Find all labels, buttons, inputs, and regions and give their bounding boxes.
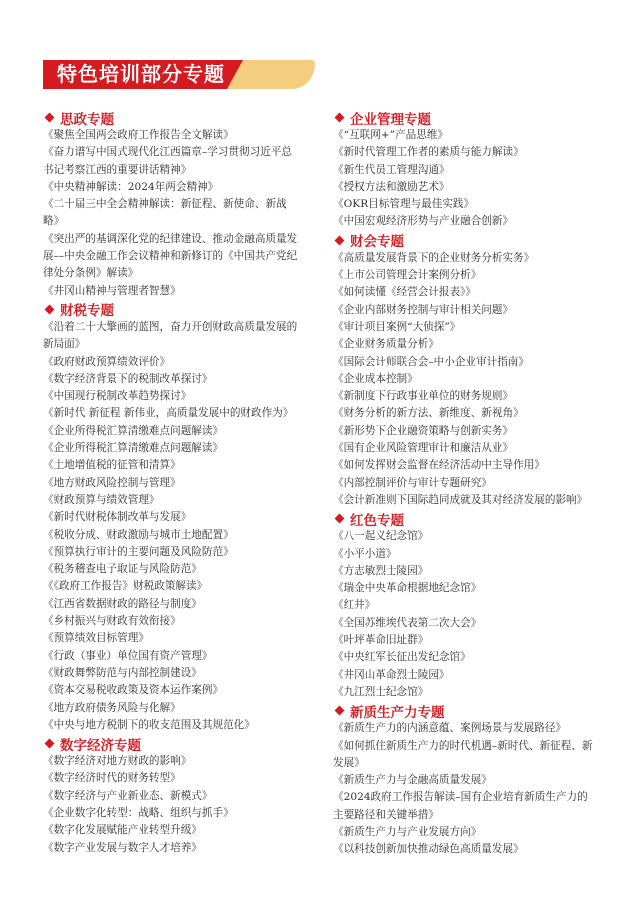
section-new-productivity: 新质生产力专题 《新质生产力的内涵意蕴、案例场景与发展路径》 《如何抓住新质生产… xyxy=(333,701,598,858)
section-header: 思政专题 xyxy=(43,108,311,127)
list-item: 《瑞金中央革命根据地纪念馆》 xyxy=(333,580,595,597)
list-item: 《高质量发展背景下的企业财务分析实务》 xyxy=(333,250,595,267)
list-item: 《新质生产力与产业发展方向》 xyxy=(333,824,595,841)
list-item: 《“互联网+”产品思维》 xyxy=(333,127,595,144)
list-item: 《中央红军长征出发纪念馆》 xyxy=(333,649,595,666)
diamond-bullet-icon xyxy=(45,113,55,123)
list-item: 《企业财务质量分析》 xyxy=(333,336,595,353)
list-item: 《预算执行审计的主要问题及风险防范》 xyxy=(43,544,301,561)
list-item: 《新形势下企业融资策略与创新实务》 xyxy=(333,423,595,440)
list-item: 《《政府工作报告》财税政策解读》 xyxy=(43,578,301,595)
page-title: 特色培训部分专题 xyxy=(57,62,225,87)
section-red-history: 红色专题 《八一起义纪念馆》 《小平小道》 《方志敏烈士陵园》 《瑞金中央革命根… xyxy=(333,509,598,701)
section-caishui: 财税专题 《沿着二十大擎画的蓝图，奋力开创财政高质量发展的新局面》 《政府财政预… xyxy=(43,300,311,734)
list-item: 《新质生产力与金融高质量发展》 xyxy=(333,772,595,789)
list-item: 《企业内部财务控制与审计相关问题》 xyxy=(333,302,595,319)
list-item: 《数字经济对地方财政的影响》 xyxy=(43,753,301,770)
list-item: 《中央精神解读：2024年两会精神》 xyxy=(43,179,301,196)
list-item: 《八一起义纪念馆》 xyxy=(333,528,595,545)
left-column: 思政专题 《聚焦全国两会政府工作报告全文解读》 《奋力谱写中国式现代化江西篇章–… xyxy=(43,108,311,857)
section-header: 红色专题 xyxy=(333,509,598,528)
diamond-bullet-icon xyxy=(335,113,345,123)
list-item: 《新质生产力的内涵意蕴、案例场景与发展路径》 xyxy=(333,720,595,737)
section-title: 财税专题 xyxy=(60,299,114,319)
diamond-bullet-icon xyxy=(335,706,345,716)
list-item: 《财务分析的新方法、新维度、新视角》 xyxy=(333,405,595,422)
section-sizheng: 思政专题 《聚焦全国两会政府工作报告全文解读》 《奋力谱写中国式现代化江西篇章–… xyxy=(43,108,311,300)
list-item: 《井冈山精神与管理者智慧》 xyxy=(43,283,301,300)
list-item: 《审计项目案例“大侦探”》 xyxy=(333,319,595,336)
list-item: 《企业数字化转型：战略、组织与抓手》 xyxy=(43,805,301,822)
list-item: 《突出严的基调深化党的纪律建设、推动金融高质量发展––中央金融工作会议精神和新修… xyxy=(43,231,301,283)
list-item: 《数字化发展赋能产业转型升级》 xyxy=(43,822,301,839)
list-item: 《会计新准则下国际趋同成就及其对经济发展的影响》 xyxy=(333,492,595,509)
list-item: 《税务稽查电子取证与风险防范》 xyxy=(43,561,301,578)
list-item: 《企业所得税汇算清缴难点问题解读》 xyxy=(43,423,301,440)
list-item: 《沿着二十大擎画的蓝图，奋力开创财政高质量发展的新局面》 xyxy=(43,319,301,354)
list-item: 《乡村振兴与财政有效衔接》 xyxy=(43,613,301,630)
list-item: 《财政预算与绩效管理》 xyxy=(43,492,301,509)
topic-list: 《八一起义纪念馆》 《小平小道》 《方志敏烈士陵园》 《瑞金中央革命根据地纪念馆… xyxy=(333,528,598,701)
diamond-bullet-icon xyxy=(335,514,345,524)
list-item: 《地方财政风险控制与管理》 xyxy=(43,475,301,492)
topic-list: 《高质量发展背景下的企业财务分析实务》 《上市公司管理会计案例分析》 《如何读懂… xyxy=(333,250,598,509)
list-item: 《中国现行税制改革趋势探讨》 xyxy=(43,388,301,405)
topic-list: 《新质生产力的内涵意蕴、案例场景与发展路径》 《如何抓住新质生产力的时代机遇–新… xyxy=(333,720,598,858)
list-item: 《税收分成、财政激励与城市土地配置》 xyxy=(43,527,301,544)
list-item: 《国有企业风险管理审计和廉洁从业》 xyxy=(333,440,595,457)
list-item: 《全国苏维埃代表第二次大会》 xyxy=(333,615,595,632)
list-item: 《内部控制评价与审计专题研究》 xyxy=(333,475,595,492)
list-item: 《2024政府工作报告解读–国有企业培育新质生产力的主要路径和关键举措》 xyxy=(333,789,595,824)
topic-list: 《数字经济对地方财政的影响》 《数字经济时代的财务转型》 《数字经济与产业新业态… xyxy=(43,753,311,857)
page-title-banner: 特色培训部分专题 xyxy=(43,60,315,89)
list-item: 《二十届三中全会精神解读：新征程、新使命、新战略》 xyxy=(43,196,301,231)
list-item: 《资本交易税收政策及资本运作案例》 xyxy=(43,682,301,699)
section-digital-economy: 数字经济专题 《数字经济对地方财政的影响》 《数字经济时代的财务转型》 《数字经… xyxy=(43,734,311,857)
diamond-bullet-icon xyxy=(45,739,55,749)
list-item: 《方志敏烈士陵园》 xyxy=(333,563,595,580)
section-title: 数字经济专题 xyxy=(60,734,141,754)
topic-list: 《沿着二十大擎画的蓝图，奋力开创财政高质量发展的新局面》 《政府财政预算绩效评价… xyxy=(43,319,311,734)
list-item: 《小平小道》 xyxy=(333,546,595,563)
list-item: 《企业所得税汇算清缴难点问题解读》 xyxy=(43,440,301,457)
list-item: 《江西省数据财政的路径与制度》 xyxy=(43,596,301,613)
list-item: 《数字经济与产业新业态、新模式》 xyxy=(43,788,301,805)
topic-list: 《“互联网+”产品思维》 《新时代管理工作者的素质与能力解读》 《新生代员工管理… xyxy=(333,127,598,231)
list-item: 《新时代财税体制改革与发展》 xyxy=(43,509,301,526)
list-item: 《政府财政预算绩效评价》 xyxy=(43,354,301,371)
list-item: 《新时代 新征程 新伟业，高质量发展中的财政作为》 xyxy=(43,405,301,422)
list-item: 《以科技创新加快推动绿色高质量发展》 xyxy=(333,841,595,858)
topic-list: 《聚焦全国两会政府工作报告全文解读》 《奋力谱写中国式现代化江西篇章–学习贯彻习… xyxy=(43,127,311,300)
list-item: 《上市公司管理会计案例分析》 xyxy=(333,267,595,284)
section-finance-accounting: 财会专题 《高质量发展背景下的企业财务分析实务》 《上市公司管理会计案例分析》 … xyxy=(333,231,598,509)
diamond-bullet-icon xyxy=(45,305,55,315)
list-item: 《授权方法和激励艺术》 xyxy=(333,179,595,196)
list-item: 《红井》 xyxy=(333,597,595,614)
list-item: 《新生代员工管理沟通》 xyxy=(333,162,595,179)
section-header: 数字经济专题 xyxy=(43,734,311,753)
list-item: 《新时代管理工作者的素质与能力解读》 xyxy=(333,144,595,161)
list-item: 《九江烈士纪念馆》 xyxy=(333,684,595,701)
section-title: 思政专题 xyxy=(60,108,114,128)
list-item: 《行政（事业）单位国有资产管理》 xyxy=(43,648,301,665)
list-item: 《OKR目标管理与最佳实践》 xyxy=(333,196,595,213)
list-item: 《如何读懂《经营会计报表》》 xyxy=(333,284,595,301)
list-item: 《数字经济背景下的税制改革探讨》 xyxy=(43,371,301,388)
list-item: 《中国宏观经济形势与产业融合创新》 xyxy=(333,213,595,230)
list-item: 《奋力谱写中国式现代化江西篇章–学习贯彻习近平总书记考察江西的重要讲话精神》 xyxy=(43,144,301,179)
section-header: 新质生产力专题 xyxy=(333,701,598,720)
section-header: 财税专题 xyxy=(43,300,311,319)
right-column: 企业管理专题 《“互联网+”产品思维》 《新时代管理工作者的素质与能力解读》 《… xyxy=(333,108,598,859)
list-item: 《地方政府债务风险与化解》 xyxy=(43,700,301,717)
list-item: 《企业成本控制》 xyxy=(333,371,595,388)
list-item: 《如何抓住新质生产力的时代机遇–新时代、新征程、新发展》 xyxy=(333,738,595,773)
list-item: 《井冈山革命烈士陵园》 xyxy=(333,667,595,684)
list-item: 《财政舞弊防范与内部控制建设》 xyxy=(43,665,301,682)
list-item: 《数字产业发展与数字人才培养》 xyxy=(43,840,301,857)
section-title: 红色专题 xyxy=(350,509,404,529)
section-enterprise-management: 企业管理专题 《“互联网+”产品思维》 《新时代管理工作者的素质与能力解读》 《… xyxy=(333,108,598,231)
section-header: 财会专题 xyxy=(333,231,598,250)
list-item: 《如何发挥财会监督在经济活动中主导作用》 xyxy=(333,457,595,474)
list-item: 《预算绩效目标管理》 xyxy=(43,630,301,647)
section-title: 财会专题 xyxy=(350,230,404,250)
section-title: 新质生产力专题 xyxy=(350,701,445,721)
list-item: 《叶坪革命旧址群》 xyxy=(333,632,595,649)
list-item: 《国际会计师联合会–中小企业审计指南》 xyxy=(333,354,595,371)
list-item: 《聚焦全国两会政府工作报告全文解读》 xyxy=(43,127,301,144)
list-item: 《土地增值税的征管和清算》 xyxy=(43,457,301,474)
section-header: 企业管理专题 xyxy=(333,108,598,127)
list-item: 《数字经济时代的财务转型》 xyxy=(43,770,301,787)
section-title: 企业管理专题 xyxy=(350,108,431,128)
diamond-bullet-icon xyxy=(335,235,345,245)
list-item: 《新制度下行政事业单位的财务规则》 xyxy=(333,388,595,405)
list-item: 《中央与地方税制下的收支范围及其规范化》 xyxy=(43,717,301,734)
